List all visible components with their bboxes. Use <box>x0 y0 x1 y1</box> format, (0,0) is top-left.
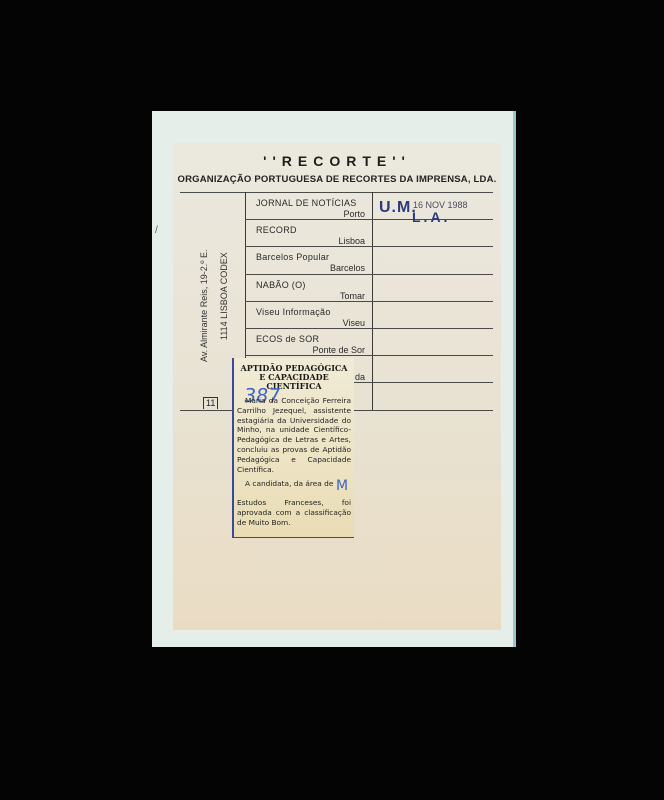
publication-name: NABÃO (O) <box>256 280 306 290</box>
publication-name: ECOS de SOR <box>256 334 319 344</box>
row-rule <box>245 219 493 220</box>
row-rule <box>245 355 493 356</box>
address-line-1: Av. Almirante Reis, 19-2.º E. <box>199 250 209 363</box>
handwritten-mark: M <box>336 478 348 494</box>
stamp-code: L.A. <box>412 209 450 225</box>
edge-mark: / <box>155 225 158 236</box>
publication-name: RECORD <box>256 225 297 235</box>
newspaper-clipping: APTIDÃO PEDAGÓGICA E CAPACIDADE CIENTÍFI… <box>232 358 354 538</box>
clipping-paragraph-1: Maria da Conceição Ferreira Carrilho Jez… <box>237 396 351 474</box>
form-subtitle: ORGANIZAÇÃO PORTUGUESA DE RECORTES DA IM… <box>173 174 501 185</box>
publication-city: Porto <box>250 209 365 219</box>
row-rule <box>245 274 493 275</box>
address-line-2: 1114 LISBOA CODEX <box>219 252 229 340</box>
page-number: 11 <box>203 397 218 409</box>
form-title: ''RECORTE'' <box>173 153 501 169</box>
clipping-paragraph-2: A candidata, da área de <box>237 479 337 489</box>
publication-city: Ponte de Sor <box>250 345 365 355</box>
publication-city: Barcelos <box>250 263 365 273</box>
publication-name: Barcelos Popular <box>256 252 329 262</box>
publication-name: JORNAL DE NOTÍCIAS <box>256 198 357 208</box>
publication-name: Viseu Informação <box>256 307 331 317</box>
table-top-rule <box>180 192 493 193</box>
publication-city: Lisboa <box>250 236 365 246</box>
row-rule <box>245 301 493 302</box>
publication-city: Viseu <box>250 318 365 328</box>
row-rule <box>245 246 493 247</box>
clipping-paragraph-3: Estudos Franceses, foi aprovada com a cl… <box>237 498 351 527</box>
publication-city: Tomar <box>250 291 365 301</box>
row-rule <box>245 328 493 329</box>
